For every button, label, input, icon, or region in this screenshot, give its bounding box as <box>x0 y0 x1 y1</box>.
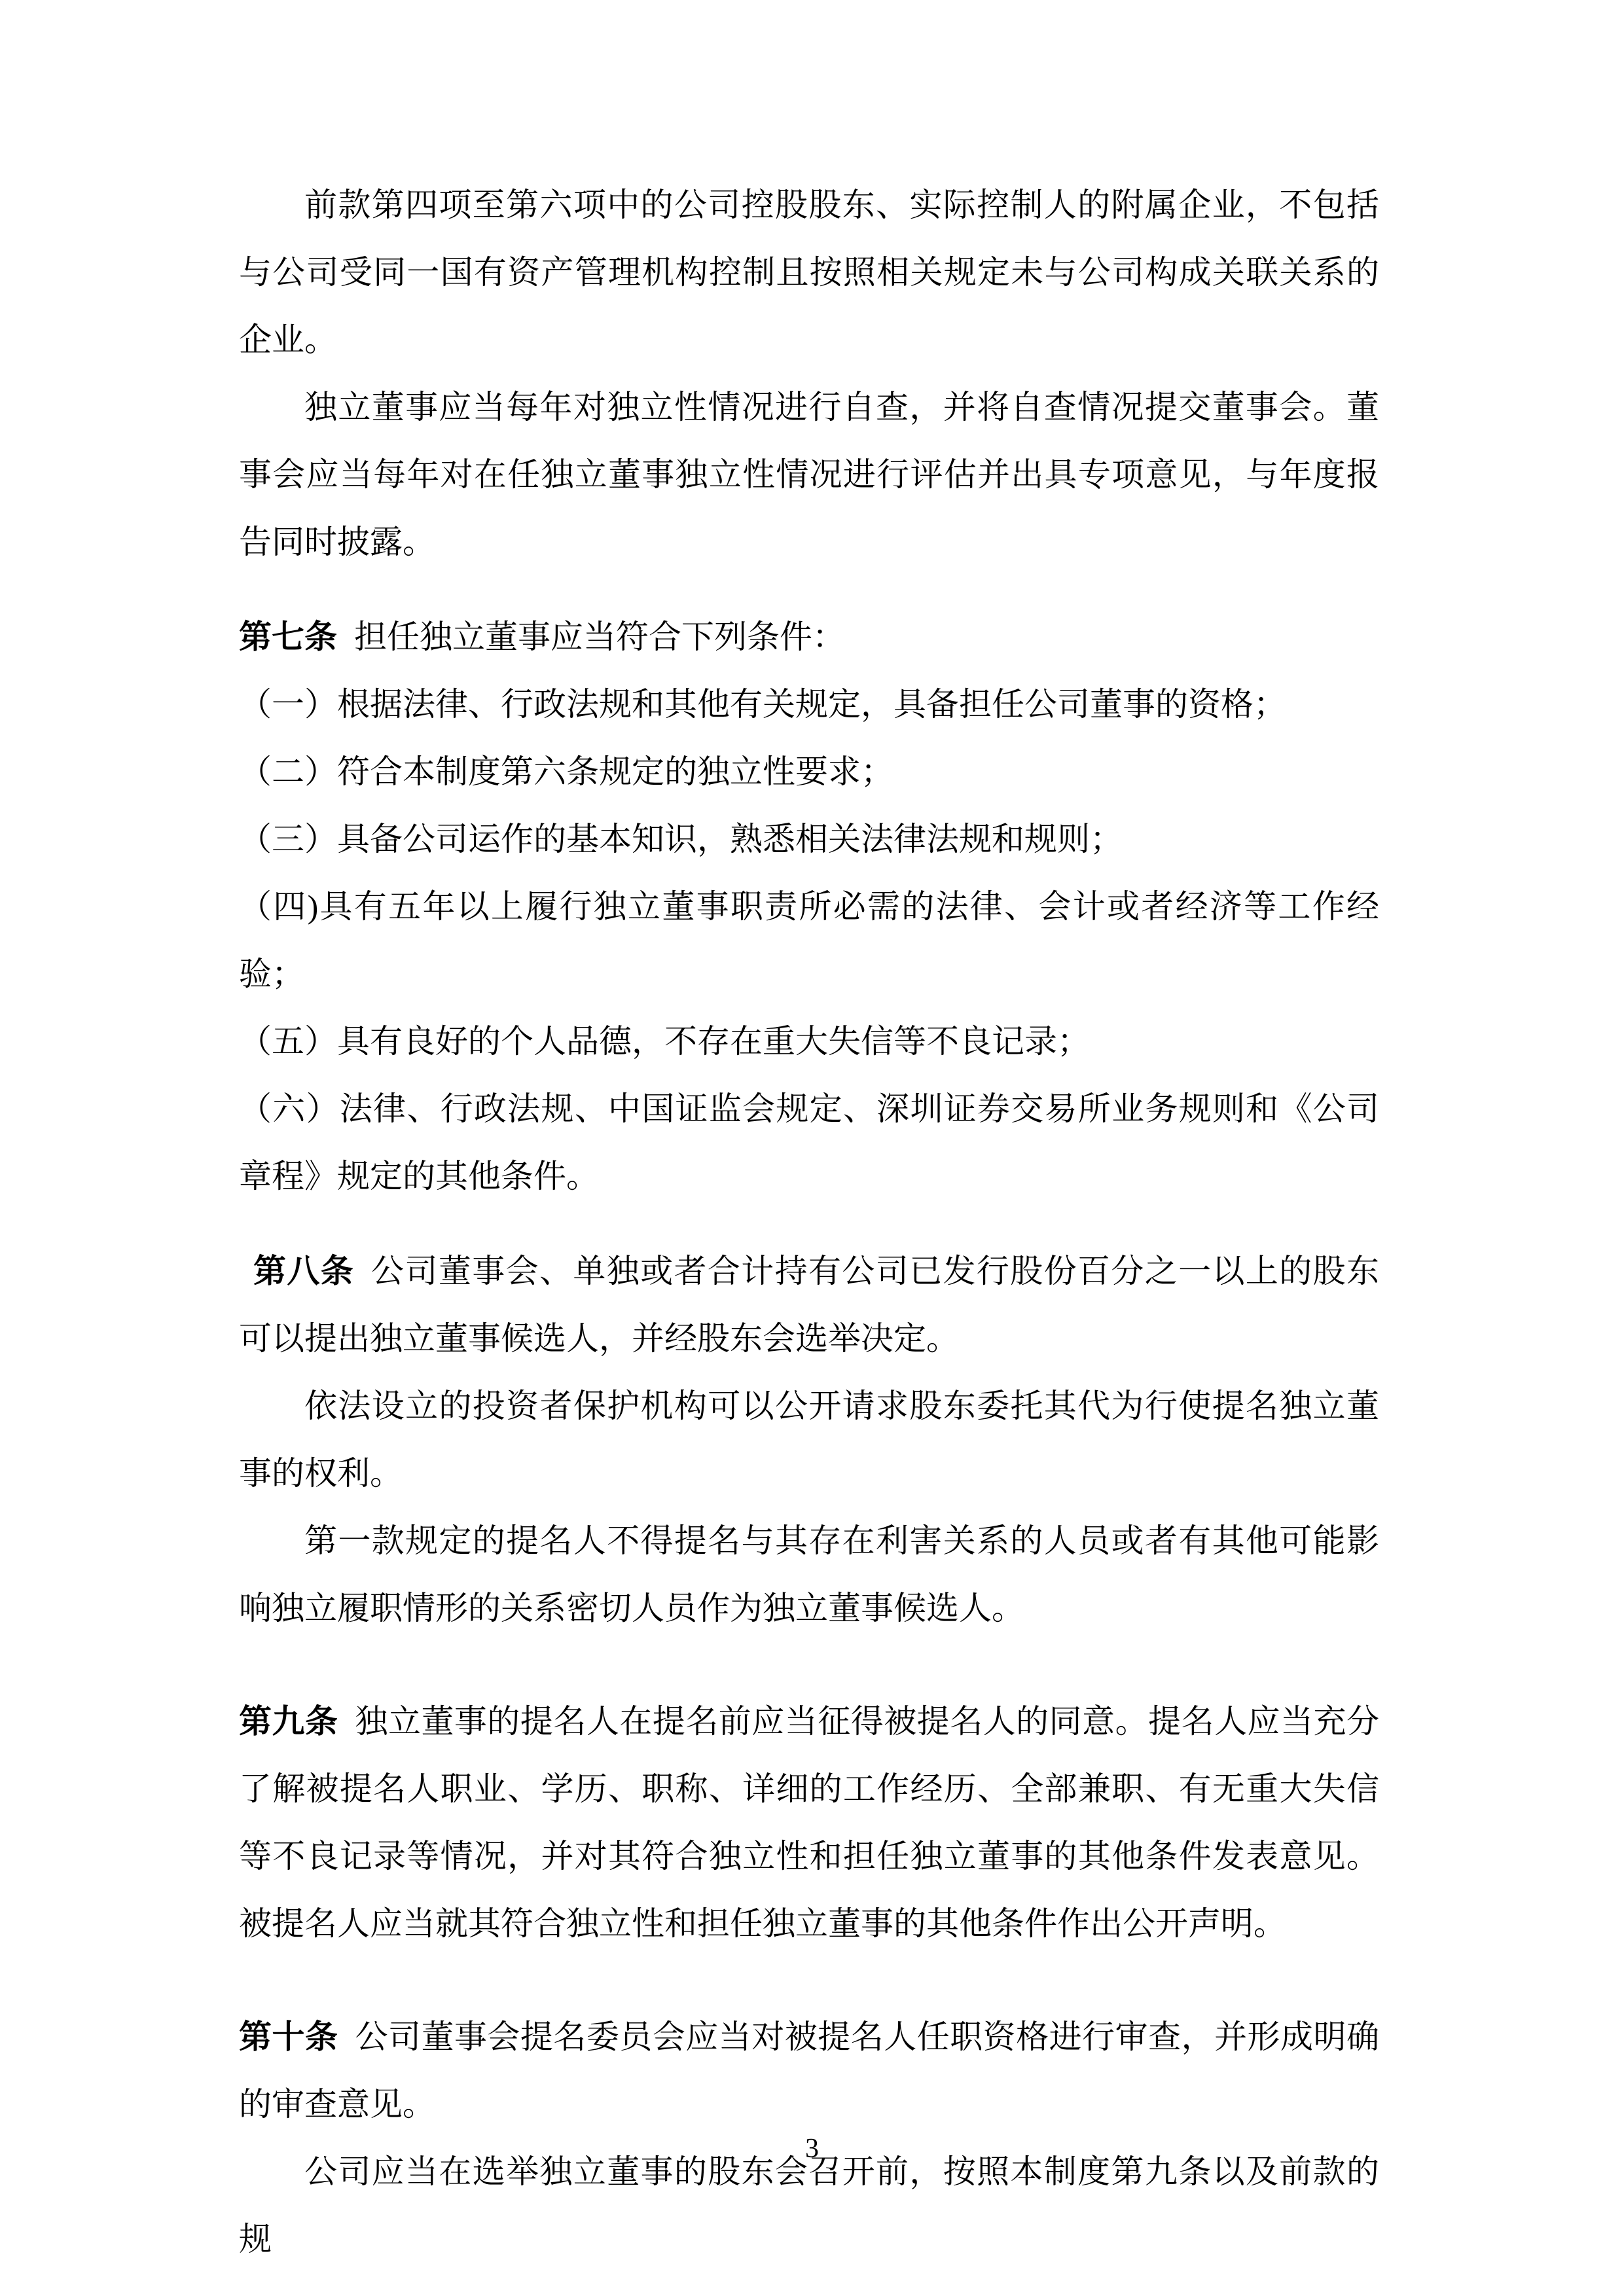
document-page: 前款第四项至第六项中的公司控股股东、实际控制人的附属企业，不包括与公司受同一国有… <box>0 0 1624 2296</box>
document-body: 前款第四项至第六项中的公司控股股东、实际控制人的附属企业，不包括与公司受同一国有… <box>239 171 1379 2273</box>
article7-item-2: （二）符合本制度第六条规定的独立性要求； <box>239 738 1379 806</box>
para-investor-protection: 依法设立的投资者保护机构可以公开请求股东委托其代为行使提名独立董事的权利。 <box>239 1372 1379 1507</box>
article8-label: 第八条 <box>253 1253 354 1289</box>
article7-text: 担任独立董事应当符合下列条件： <box>354 619 845 655</box>
article8-paragraph: 第八条公司董事会、单独或者合计持有公司已发行股份百分之一以上的股东可以提出独立董… <box>239 1238 1379 1372</box>
article7-item-3: （三）具备公司运作的基本知识，熟悉相关法律法规和规则； <box>239 806 1379 873</box>
article7-item-4: （四)具有五年以上履行独立董事职责所必需的法律、会计或者经济等工作经验； <box>239 873 1379 1008</box>
article8-text: 公司董事会、单独或者合计持有公司已发行股份百分之一以上的股东可以提出独立董事候选… <box>239 1253 1379 1357</box>
para-annual-self-check: 独立董事应当每年对独立性情况进行自查，并将自查情况提交董事会。董事会应当每年对在… <box>239 374 1379 576</box>
article9-paragraph: 第九条独立董事的提名人在提名前应当征得被提名人的同意。提名人应当充分了解被提名人… <box>239 1688 1379 1958</box>
article7-paragraph: 第七条担任独立董事应当符合下列条件： <box>239 603 1379 671</box>
article10-paragraph: 第十条公司董事会提名委员会应当对被提名人任职资格进行审查，并形成明确的审查意见。 <box>239 2003 1379 2138</box>
article7-item-6: （六）法律、行政法规、中国证监会规定、深圳证券交易所业务规则和《公司章程》规定的… <box>239 1075 1379 1210</box>
article7-item-5: （五）具有良好的个人品德，不存在重大失信等不良记录； <box>239 1008 1379 1075</box>
article7-label: 第七条 <box>239 619 337 655</box>
page-number: 3 <box>0 2132 1624 2165</box>
article7-item-1: （一）根据法律、行政法规和其他有关规定，具备担任公司董事的资格； <box>239 671 1379 738</box>
article10-label: 第十条 <box>239 2018 338 2055</box>
article9-label: 第九条 <box>239 1703 338 1740</box>
article9-text: 独立董事的提名人在提名前应当征得被提名人的同意。提名人应当充分了解被提名人职业、… <box>239 1703 1379 1942</box>
article10-text: 公司董事会提名委员会应当对被提名人任职资格进行审查，并形成明确的审查意见。 <box>239 2018 1379 2123</box>
para-nomination-restriction: 第一款规定的提名人不得提名与其存在利害关系的人员或者有其他可能影响独立履职情形的… <box>239 1507 1379 1642</box>
para-affiliates: 前款第四项至第六项中的公司控股股东、实际控制人的附属企业，不包括与公司受同一国有… <box>239 171 1379 374</box>
